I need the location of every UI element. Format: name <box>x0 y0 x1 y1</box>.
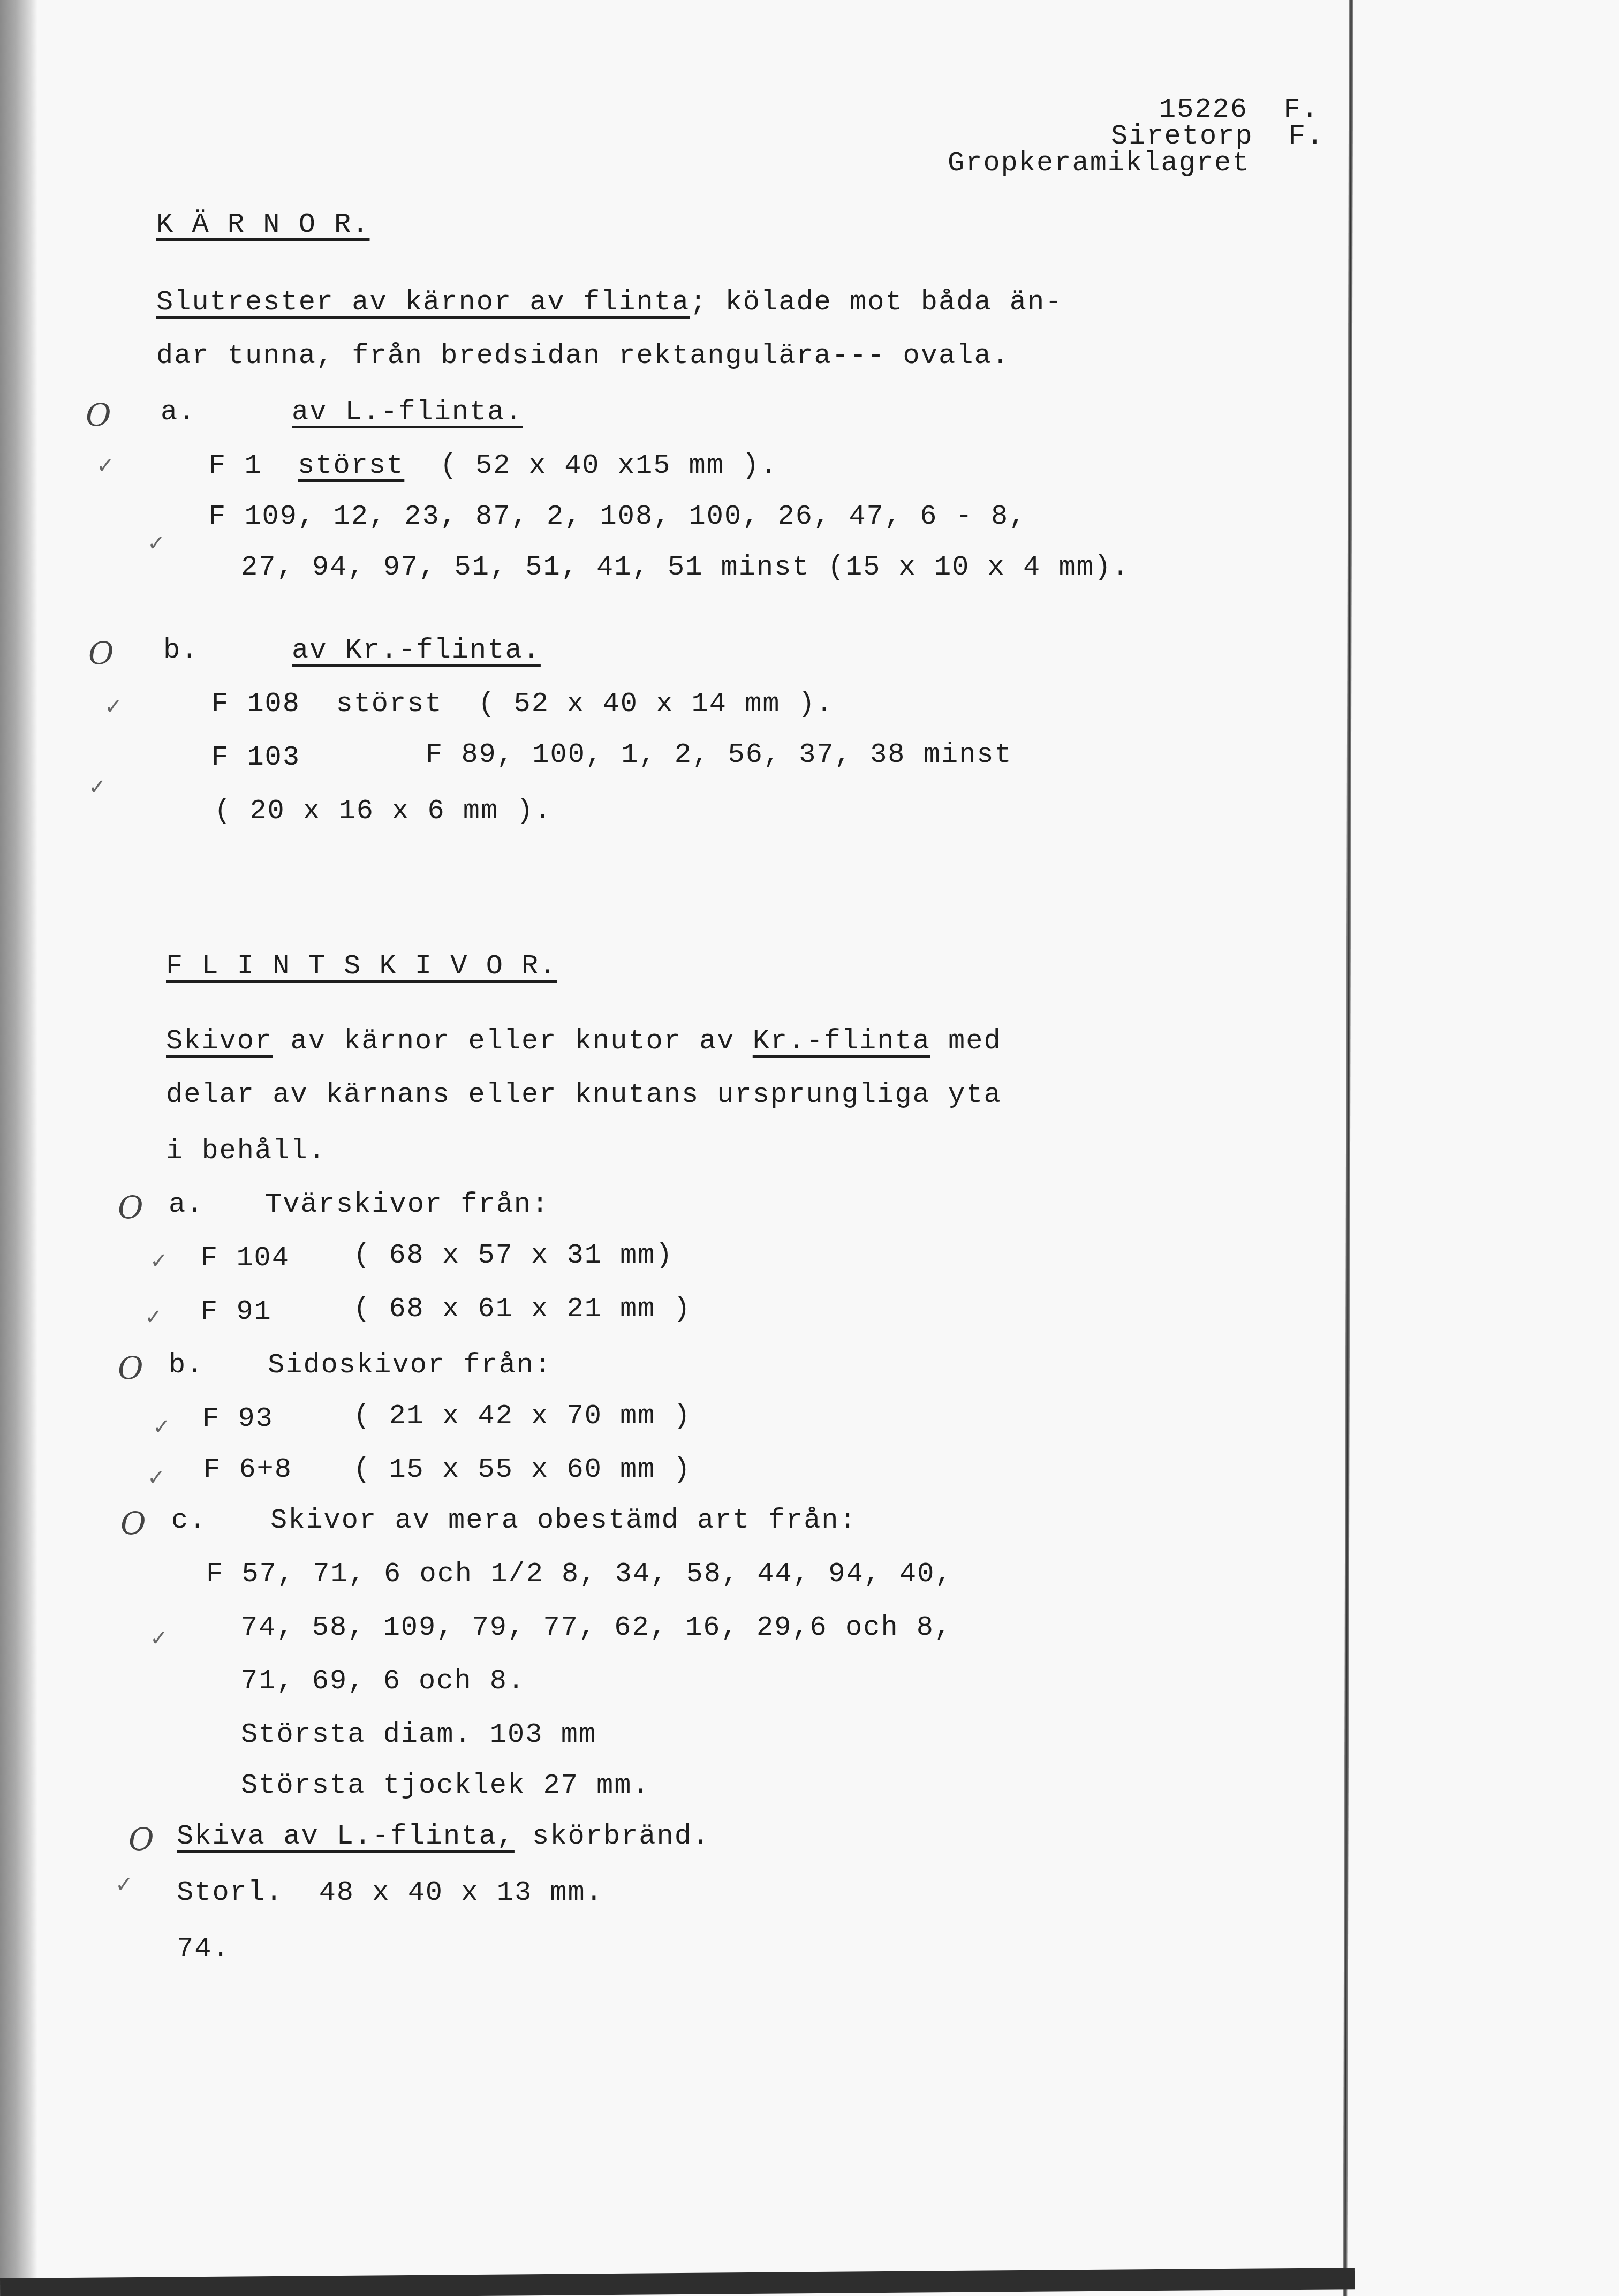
karnor-intro-underlined: Slutrester av kärnor av flinta <box>156 286 690 318</box>
circle-mark-icon: O <box>120 1507 146 1539</box>
check-mark-icon: ✓ <box>115 1874 133 1895</box>
flintskivor-intro-underlined-2: Kr.-flinta <box>753 1025 930 1057</box>
scan-bottom-edge <box>0 2268 1355 2296</box>
site-suffix: F. <box>1289 120 1324 152</box>
flintskivor-b-item-id: F 6+8 <box>203 1454 292 1486</box>
layer-name: Gropkeramiklagret <box>948 147 1250 179</box>
flintskivor-intro-end: med <box>930 1025 1002 1057</box>
scan-binding-shadow <box>0 0 37 2296</box>
check-mark-icon: ✓ <box>153 1416 171 1438</box>
karnor-b-title: av Kr.-flinta. <box>292 635 541 667</box>
flintskivor-b-title: Sidoskivor från: <box>268 1349 552 1381</box>
burnt-skiva-title-underlined: Skiva av L.-flinta, <box>177 1821 515 1852</box>
flintskivor-intro-mid: av kärnor eller knutor av <box>273 1025 753 1057</box>
flintskivor-b-label: b. <box>169 1349 204 1381</box>
flintskivor-c-title: Skivor av mera obestämd art från: <box>270 1505 857 1537</box>
check-mark-icon: ✓ <box>150 1250 168 1272</box>
flintskivor-a-title: Tvärskivor från: <box>265 1189 549 1221</box>
check-mark-icon: ✓ <box>104 696 123 717</box>
flintskivor-c-list-line2: 74, 58, 109, 79, 77, 62, 16, 29,6 och 8, <box>241 1612 952 1644</box>
flintskivor-a-item-dims: ( 68 x 57 x 31 mm) <box>353 1240 674 1272</box>
flintskivor-a-item-id: F 104 <box>201 1242 290 1274</box>
karnor-b-largest: F 108 störst ( 52 x 40 x 14 mm ). <box>211 688 834 720</box>
check-mark-icon: ✓ <box>88 776 107 798</box>
check-mark-icon: ✓ <box>145 1306 163 1328</box>
flintskivor-b-item-id: F 93 <box>202 1403 274 1435</box>
flintskivor-c-max-thickness: Största tjocklek 27 mm. <box>241 1770 650 1802</box>
karnor-intro-line1: Slutrester av kärnor av flinta; kölade m… <box>156 286 1063 319</box>
circle-mark-icon: O <box>118 1191 143 1223</box>
flintskivor-intro-line2: delar av kärnans eller knutans ursprungl… <box>166 1079 1002 1111</box>
karnor-a-list-line1: F 109, 12, 23, 87, 2, 108, 100, 26, 47, … <box>209 501 1026 533</box>
karnor-a-largest-dims: ( 52 x 40 x15 mm ). <box>440 450 778 481</box>
karnor-a-title: av L.-flinta. <box>292 396 523 428</box>
flintskivor-intro-line3: i behåll. <box>166 1135 326 1167</box>
flintskivor-intro-line1: Skivor av kärnor eller knutor av Kr.-fli… <box>166 1025 1002 1058</box>
karnor-intro-line2: dar tunna, från bredsidan rektangulära--… <box>156 340 1010 372</box>
flintskivor-intro-underlined-1: Skivor <box>166 1025 273 1057</box>
flintskivor-a-item-dims: ( 68 x 61 x 21 mm ) <box>353 1293 691 1325</box>
burnt-skiva-title: Skiva av L.-flinta, skörbränd. <box>177 1821 710 1853</box>
flintskivor-a-item-id: F 91 <box>201 1296 272 1328</box>
circle-mark-icon: O <box>128 1823 154 1855</box>
flintskivor-a-label: a. <box>169 1189 204 1221</box>
section-heading-flintskivor: F L I N T S K I V O R. <box>166 950 557 983</box>
burnt-skiva-title-rest: skörbränd. <box>515 1821 710 1852</box>
flintskivor-c-label: c. <box>171 1505 207 1537</box>
karnor-a-largest-id: F 1 <box>209 450 262 481</box>
karnor-b-smallest-dims: ( 20 x 16 x 6 mm ). <box>214 795 552 827</box>
check-mark-icon: ✓ <box>147 533 165 554</box>
karnor-intro-rest: ; kölade mot båda än- <box>690 286 1063 318</box>
section-heading-karnor: K Ä R N O R. <box>156 209 369 241</box>
flintskivor-c-list-line1: F 57, 71, 6 och 1/2 8, 34, 58, 44, 94, 4… <box>206 1558 953 1590</box>
karnor-a-largest: F 1 störst ( 52 x 40 x15 mm ). <box>209 450 778 482</box>
flintskivor-c-list-line3: 71, 69, 6 och 8. <box>241 1665 525 1697</box>
circle-mark-icon: O <box>86 399 111 431</box>
karnor-a-label: a. <box>161 396 196 428</box>
circle-mark-icon: O <box>88 637 114 669</box>
flintskivor-c-max-diam: Största diam. 103 mm <box>241 1719 596 1751</box>
check-mark-icon: ✓ <box>150 1628 168 1649</box>
flintskivor-b-item-dims: ( 15 x 55 x 60 mm ) <box>353 1454 691 1486</box>
check-mark-icon: ✓ <box>147 1467 165 1489</box>
karnor-b-label: b. <box>163 635 199 667</box>
check-mark-icon: ✓ <box>96 455 115 477</box>
karnor-b-item-id: F 103 <box>211 742 300 774</box>
karnor-a-list-line2: 27, 94, 97, 51, 51, 41, 51 minst (15 x 1… <box>241 552 1130 584</box>
page-edge <box>1343 0 1353 2296</box>
circle-mark-icon: O <box>118 1352 143 1384</box>
burnt-skiva-number: 74. <box>177 1933 230 1965</box>
burnt-skiva-size: Storl. 48 x 40 x 13 mm. <box>177 1877 603 1909</box>
karnor-a-largest-word: störst <box>298 450 404 481</box>
flintskivor-b-item-dims: ( 21 x 42 x 70 mm ) <box>353 1400 691 1432</box>
karnor-b-list: F 89, 100, 1, 2, 56, 37, 38 minst <box>426 739 1012 771</box>
